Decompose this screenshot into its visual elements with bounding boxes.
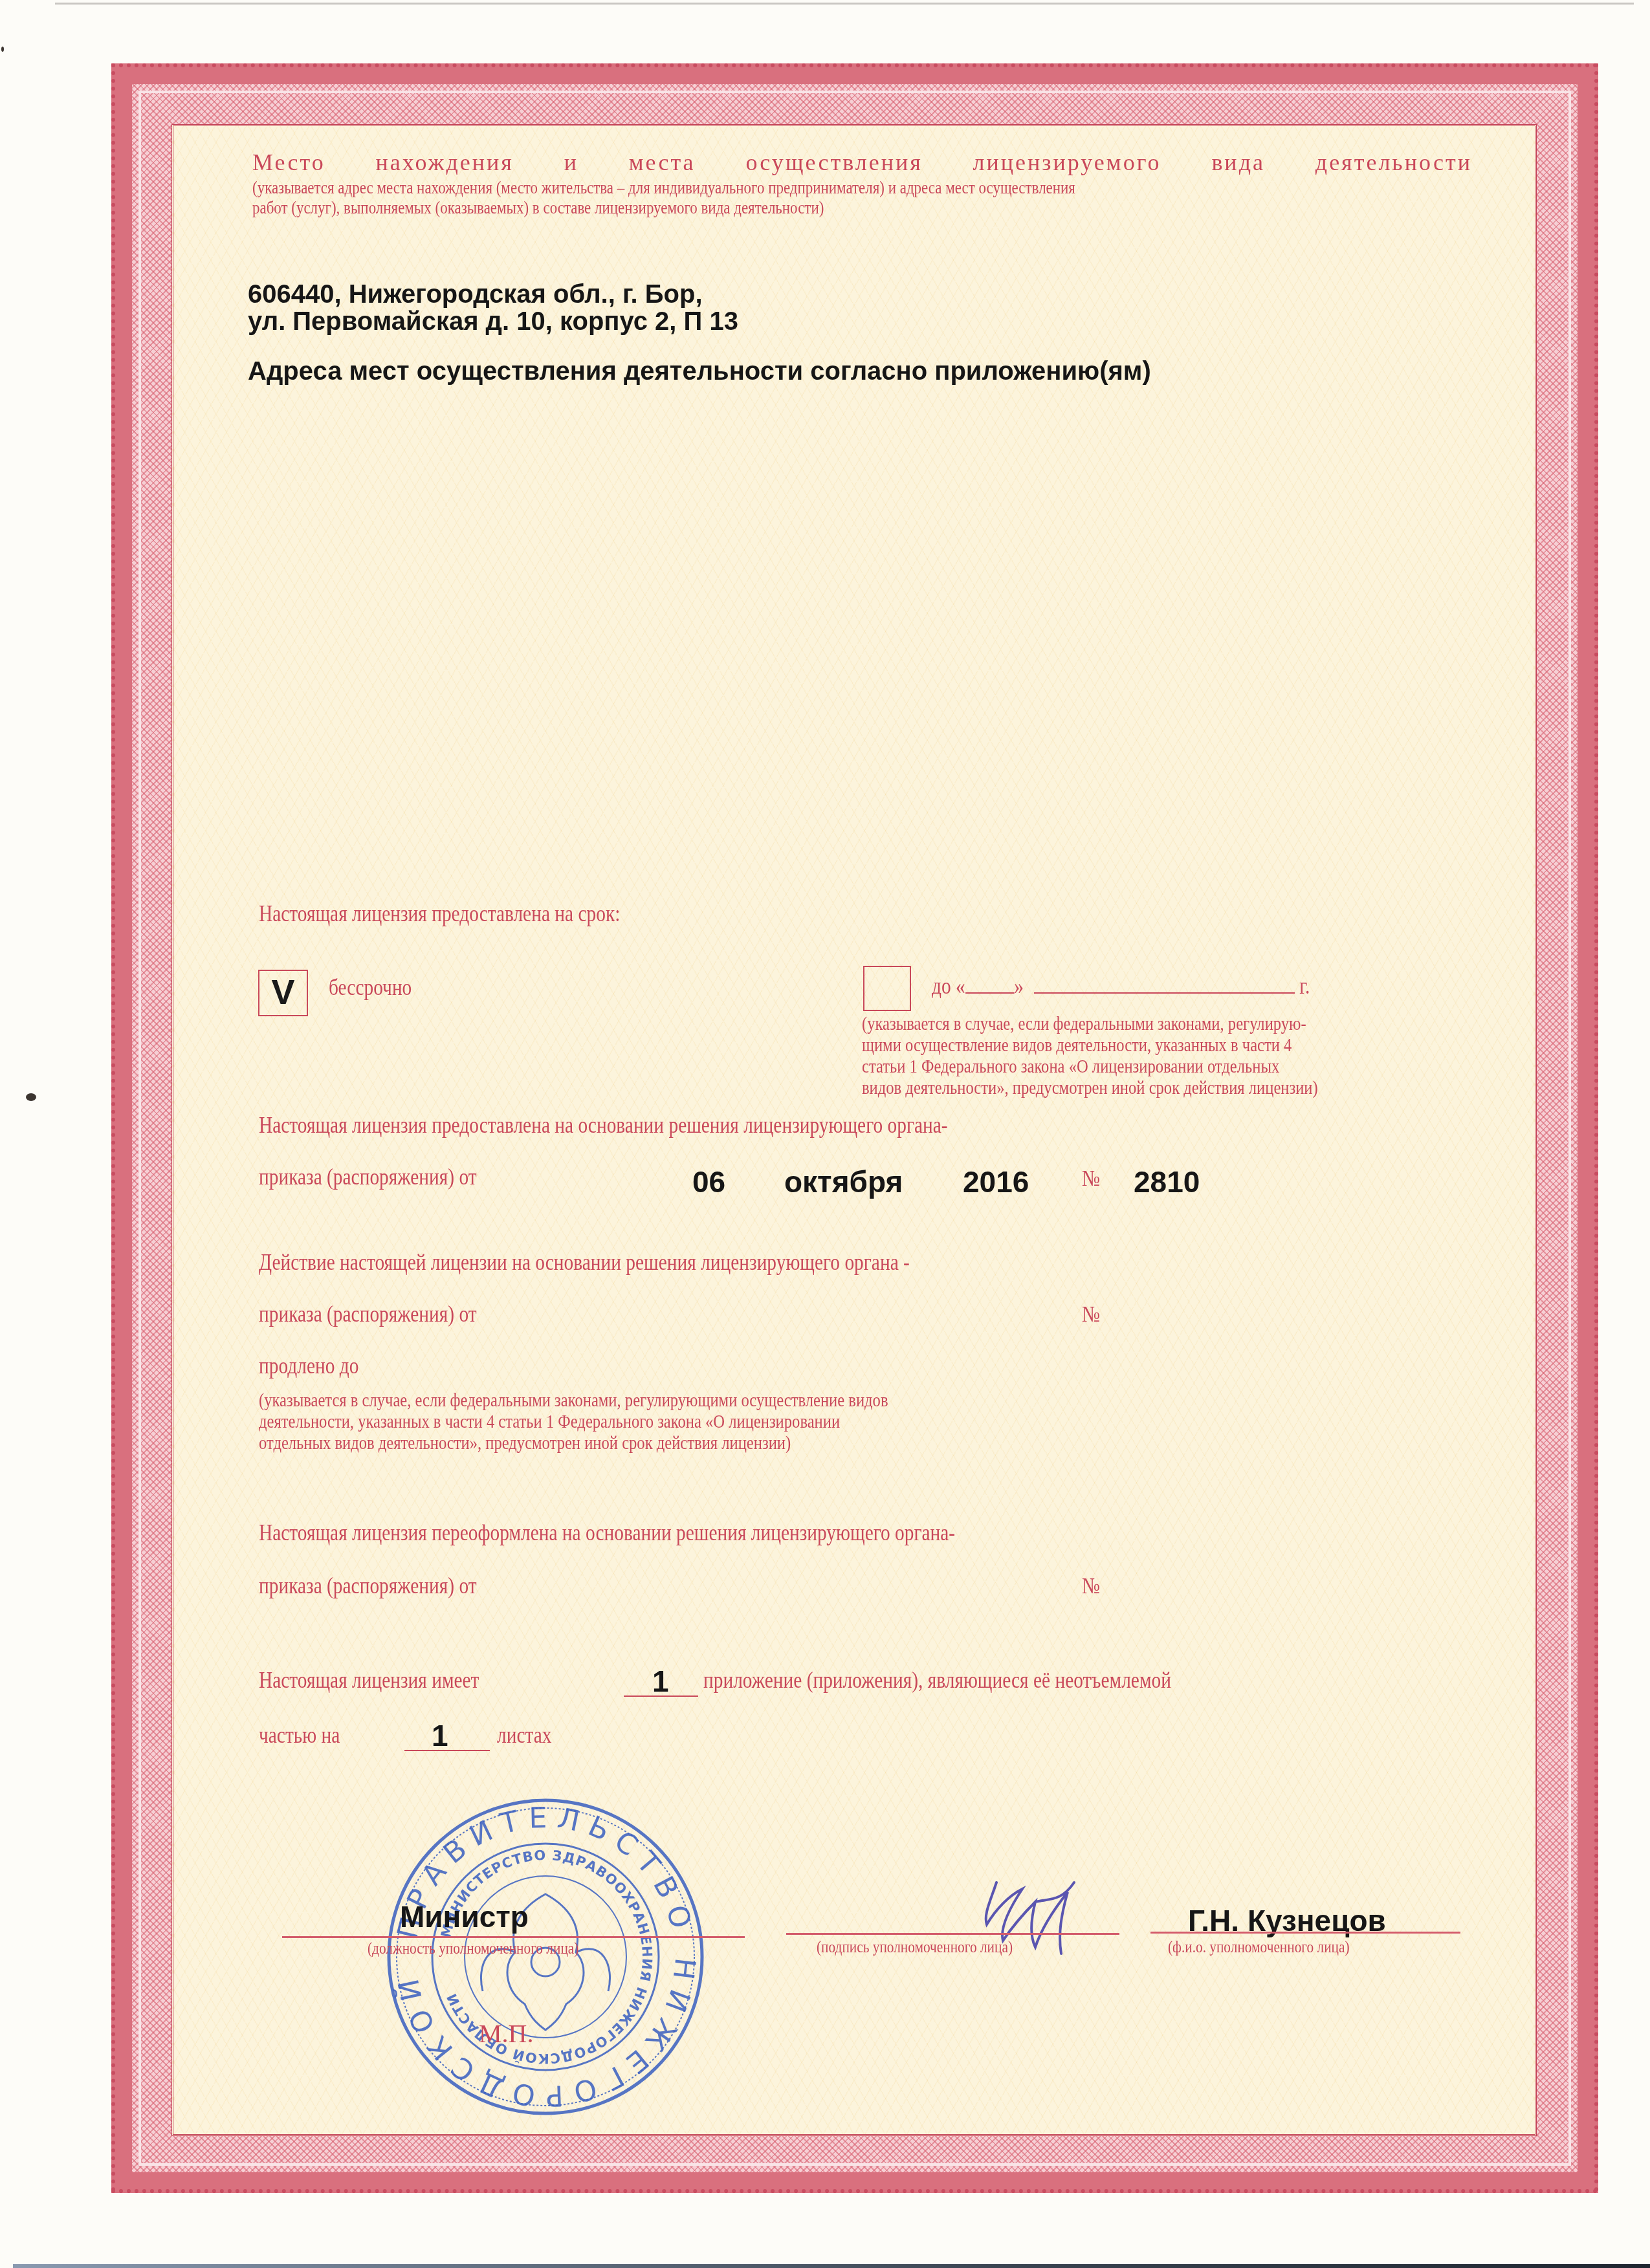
until-note: (указывается в случае, если федеральными… [862,1013,1318,1098]
seal-placeholder: М.П. [479,2018,533,2049]
extension-order-label: приказа (распоряжения) от [259,1302,477,1327]
extended-until-label: продлено до [259,1353,358,1379]
position-line [282,1936,745,1938]
appendix-prefix: Настоящая лицензия имеет [259,1668,479,1694]
until-day-blank [965,992,1015,994]
appendix-suffix: приложение (приложения), являющиеся её н… [703,1668,1171,1694]
term-label: Настоящая лицензия предоставлена на срок… [259,901,620,927]
activity-places: Адреса мест осуществления деятельности с… [248,357,1151,386]
position-caption: (должность уполномоченного лица) [368,1939,578,1958]
reissue-basis-label: Настоящая лицензия переоформлена на осно… [259,1520,955,1546]
grant-order-month: октября [784,1164,903,1199]
extension-note: (указывается в случае, если федеральными… [259,1390,888,1454]
checkbox-indefinite[interactable]: V [258,970,308,1016]
scan-edge-bottom [13,2264,1650,2268]
sheets-count: 1 [432,1718,448,1753]
grant-order-day: 06 [692,1164,725,1199]
indefinite-label: бессрочно [329,975,412,1001]
grant-number-sign: № [1082,1166,1100,1192]
extension-basis-label: Действие настоящей лицензии на основании… [259,1250,910,1276]
scan-speck [1,47,4,52]
check-mark-icon: V [259,972,307,1012]
scan-speck [26,1093,36,1101]
reissue-order-label: приказа (распоряжения) от [259,1573,477,1599]
grant-order-label: приказа (распоряжения) от [259,1164,477,1190]
section-title: Место нахождения и места осуществления л… [252,149,1472,176]
scan-edge-top [55,3,1634,5]
grant-basis-label: Настоящая лицензия предоставлена на осно… [259,1113,948,1139]
sheets-suffix: листах [497,1723,551,1749]
signature-line [786,1933,1119,1935]
name-caption: (ф.и.о. уполномоченного лица) [1168,1937,1350,1957]
until-date-blank [1034,992,1295,994]
position-title: Министр [400,1899,529,1934]
signature-caption: (подпись уполномоченного лица) [817,1937,1013,1957]
checkbox-until-date[interactable] [863,966,911,1011]
grant-order-year: 2016 [963,1164,1029,1199]
grant-order-number: 2810 [1134,1164,1200,1199]
reissue-number-sign: № [1082,1573,1100,1599]
appendix-count: 1 [652,1664,669,1699]
name-line [1150,1932,1460,1934]
until-label: до «» г. [932,974,1310,999]
extension-number-sign: № [1082,1302,1100,1327]
address-block: 606440, Нижегородская обл., г. Бор, ул. … [248,281,738,335]
sheets-prefix: частью на [259,1723,340,1749]
section-note: (указывается адрес места нахождения (мес… [252,178,1075,218]
